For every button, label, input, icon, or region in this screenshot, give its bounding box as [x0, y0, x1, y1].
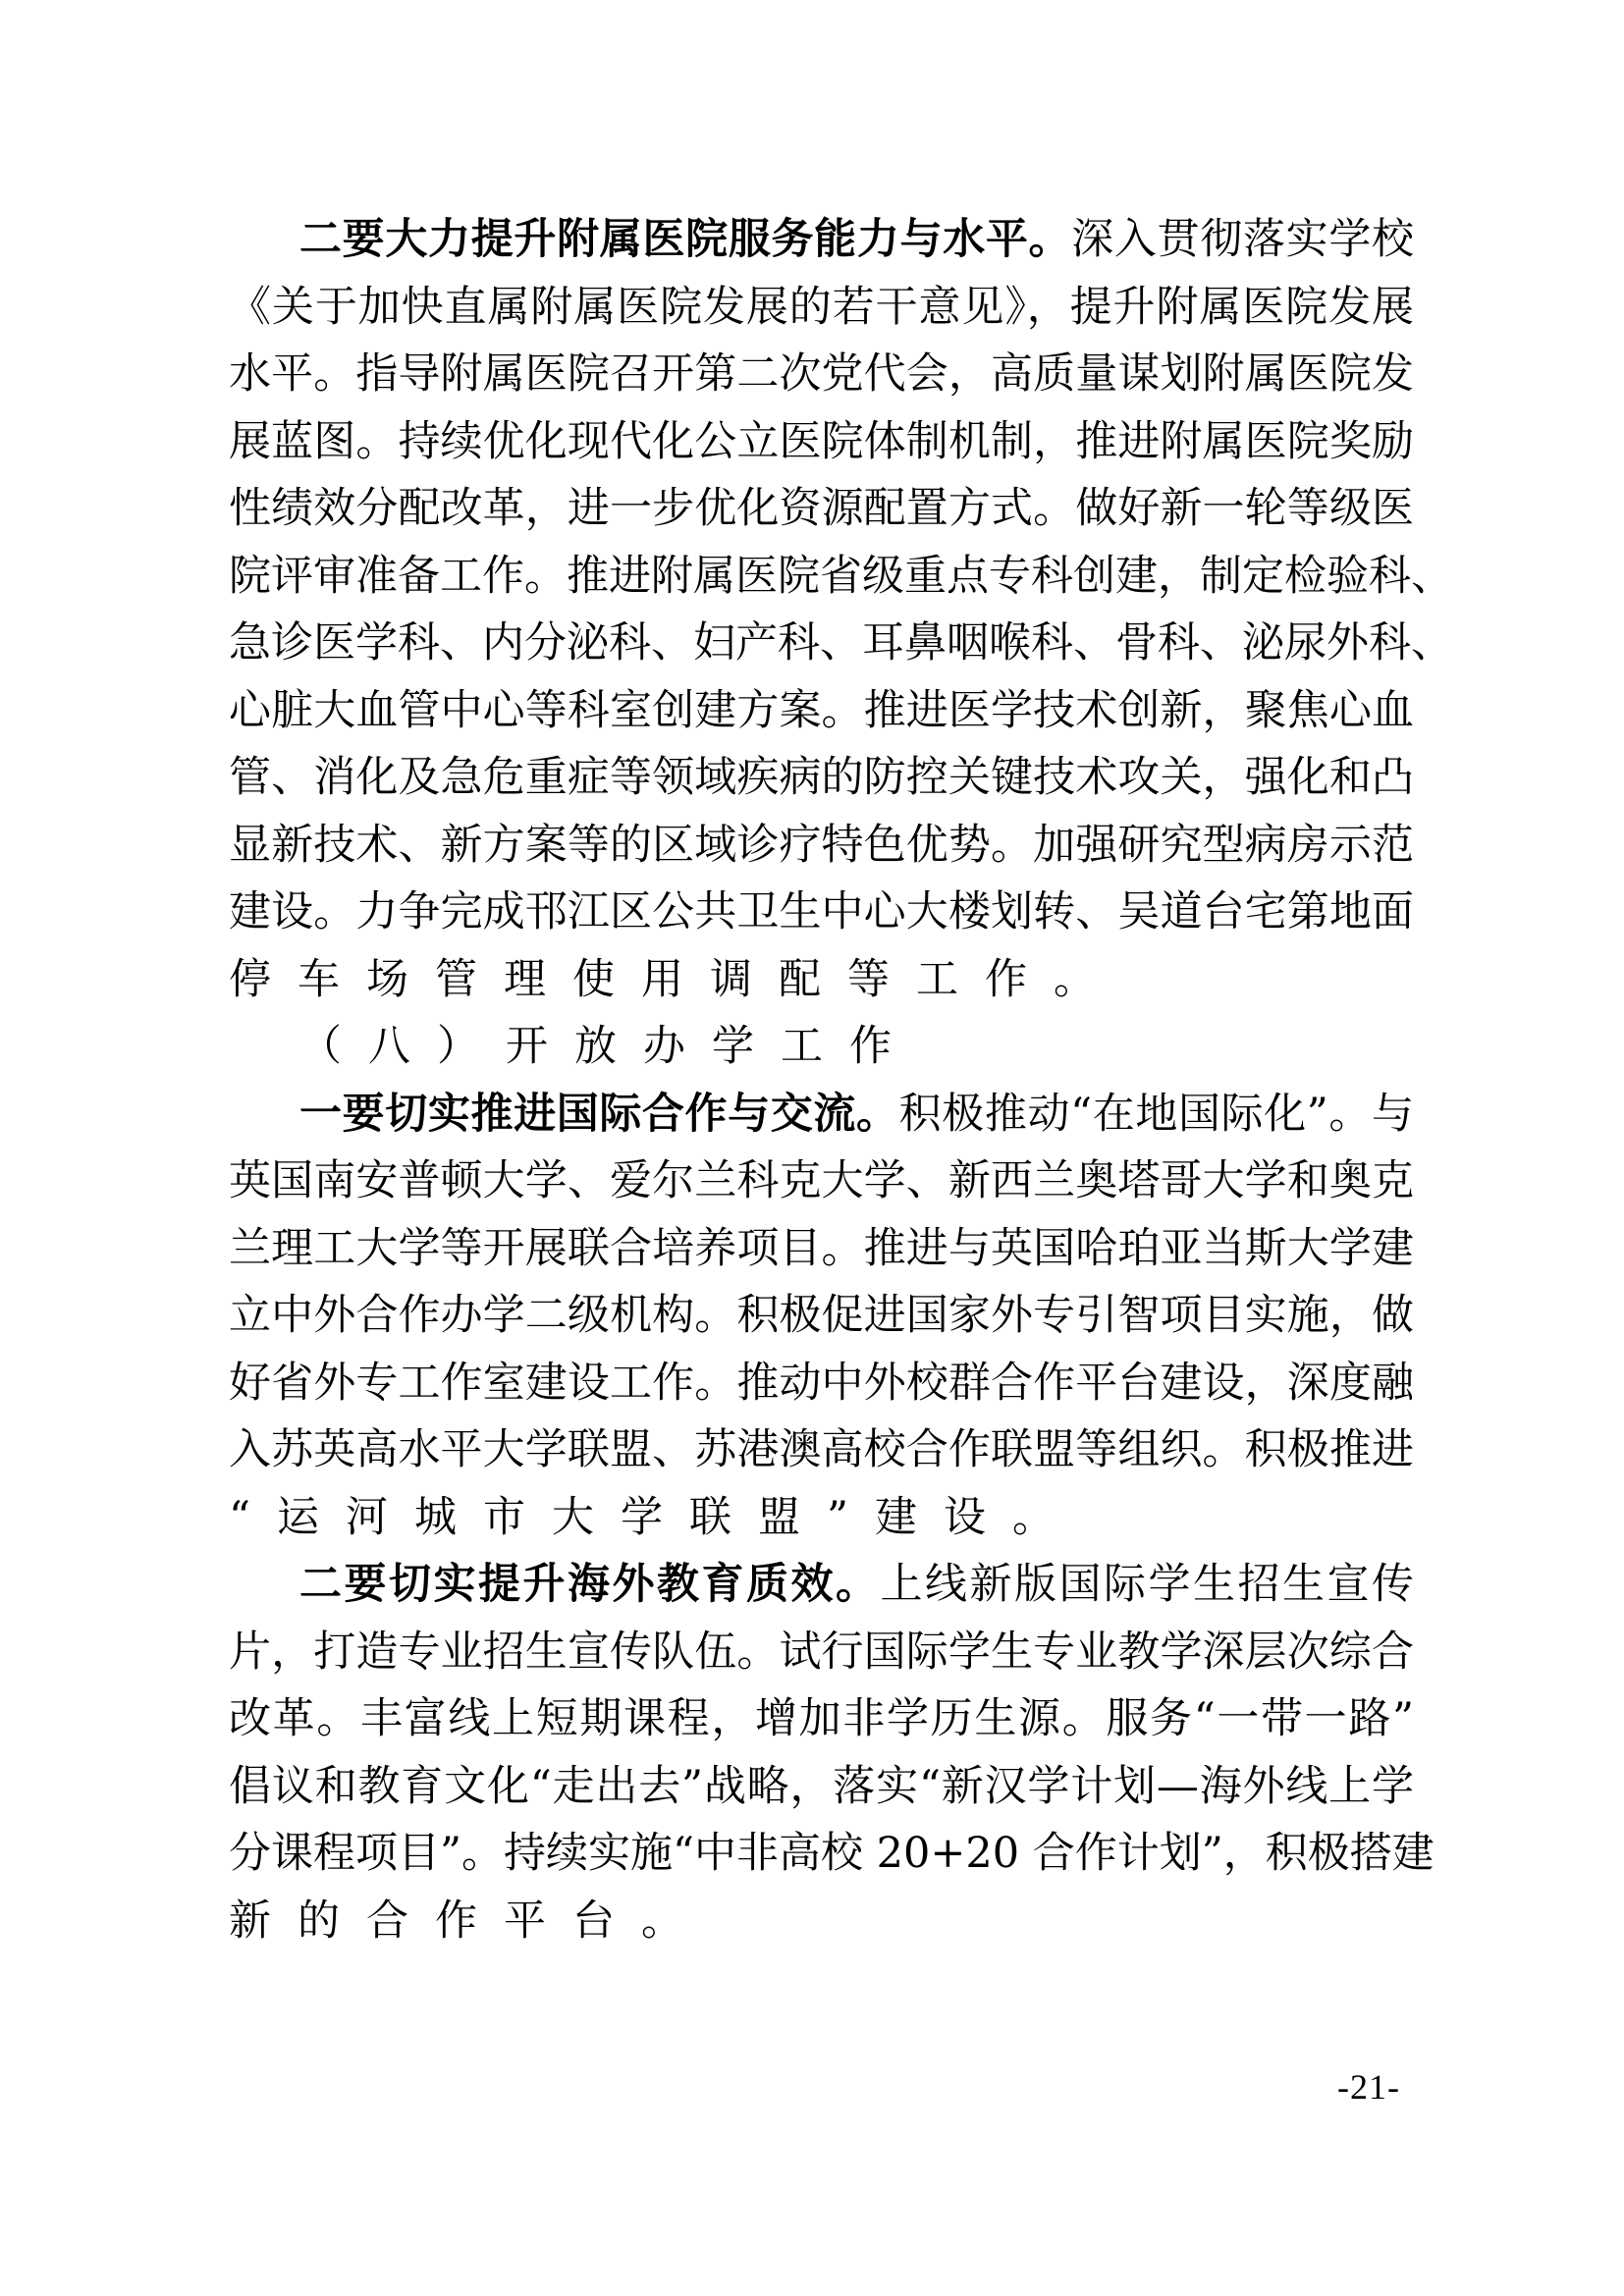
text-line: 院评审准备工作。推进附属医院省级重点专科创建，制定检验科、 [229, 543, 1414, 611]
section-heading: （八）开放办学工作 [229, 1013, 1414, 1081]
text-line: 分课程项目”。持续实施“中非高校 20+20 合作计划”，积极搭建 [229, 1820, 1414, 1888]
line-text: 积极推动“在地国际化”。与 [899, 1090, 1414, 1139]
text-line: 改革。丰富线上短期课程，增加非学历生源。服务“一带一路” [229, 1685, 1414, 1753]
text-line: 二要大力提升附属医院服务能力与水平。深入贯彻落实学校 [229, 206, 1414, 274]
document-body: 二要大力提升附属医院服务能力与水平。深入贯彻落实学校 《关于加快直属附属医院发展… [229, 206, 1414, 1954]
text-line: 入苏英高水平大学联盟、苏港澳高校合作联盟等组织。积极推进 [229, 1416, 1414, 1484]
text-line: 立中外合作办学二级机构。积极促进国家外专引智项目实施，做 [229, 1282, 1414, 1350]
text-line: 倡议和教育文化“走出去”战略，落实“新汉学计划—海外线上学 [229, 1753, 1414, 1821]
page-number: -21- [1337, 2065, 1400, 2109]
text-line: 管、消化及急危重症等领域疾病的防控关键技术攻关，强化和凸 [229, 744, 1414, 812]
text-line: 二要切实提升海外教育质效。上线新版国际学生招生宣传 [229, 1551, 1414, 1619]
text-line: 英国南安普顿大学、爱尔兰科克大学、新西兰奥塔哥大学和奥克 [229, 1148, 1414, 1215]
text-line: 建设。力争完成邗江区公共卫生中心大楼划转、吴道台宅第地面 [229, 879, 1414, 946]
line-text: 深入贯彻落实学校 [1071, 215, 1414, 264]
paragraph-heading: 二要大力提升附属医院服务能力与水平。 [299, 215, 1071, 264]
text-line: “运河城市大学联盟”建设。 [229, 1484, 1414, 1552]
text-line: 好省外专工作室建设工作。推动中外校群合作平台建设，深度融 [229, 1350, 1414, 1417]
text-line: 心脏大血管中心等科室创建方案。推进医学技术创新，聚焦心血 [229, 677, 1414, 745]
text-line: 水平。指导附属医院召开第二次党代会，高质量谋划附属医院发 [229, 341, 1414, 408]
text-line: 新的合作平台。 [229, 1888, 1414, 1955]
text-line: 兰理工大学等开展联合培养项目。推进与英国哈珀亚当斯大学建 [229, 1215, 1414, 1283]
text-line: 《关于加快直属附属医院发展的若干意见》，提升附属医院发展 [229, 274, 1414, 342]
text-line: 展蓝图。持续优化现代化公立医院体制机制，推进附属医院奖励 [229, 408, 1414, 476]
text-line: 急诊医学科、内分泌科、妇产科、耳鼻咽喉科、骨科、泌尿外科、 [229, 610, 1414, 677]
paragraph-overseas-education: 二要切实提升海外教育质效。上线新版国际学生招生宣传 片，打造专业招生宣传队伍。试… [229, 1551, 1414, 1954]
paragraph-heading: 一要切实推进国际合作与交流。 [299, 1090, 899, 1139]
text-line: 一要切实推进国际合作与交流。积极推动“在地国际化”。与 [229, 1081, 1414, 1148]
document-page: 二要大力提升附属医院服务能力与水平。深入贯彻落实学校 《关于加快直属附属医院发展… [0, 0, 1624, 2296]
paragraph-affiliated-hospital: 二要大力提升附属医院服务能力与水平。深入贯彻落实学校 《关于加快直属附属医院发展… [229, 206, 1414, 1013]
text-line: 停车场管理使用调配等工作。 [229, 946, 1414, 1014]
paragraph-heading: 二要切实提升海外教育质效。 [299, 1560, 881, 1609]
text-line: 性绩效分配改革，进一步优化资源配置方式。做好新一轮等级医 [229, 475, 1414, 543]
text-line: 显新技术、新方案等的区域诊疗特色优势。加强研究型病房示范 [229, 812, 1414, 880]
text-line: 片，打造专业招生宣传队伍。试行国际学生专业教学深层次综合 [229, 1619, 1414, 1686]
paragraph-international-cooperation: 一要切实推进国际合作与交流。积极推动“在地国际化”。与 英国南安普顿大学、爱尔兰… [229, 1081, 1414, 1552]
line-text: 上线新版国际学生招生宣传 [881, 1560, 1415, 1609]
